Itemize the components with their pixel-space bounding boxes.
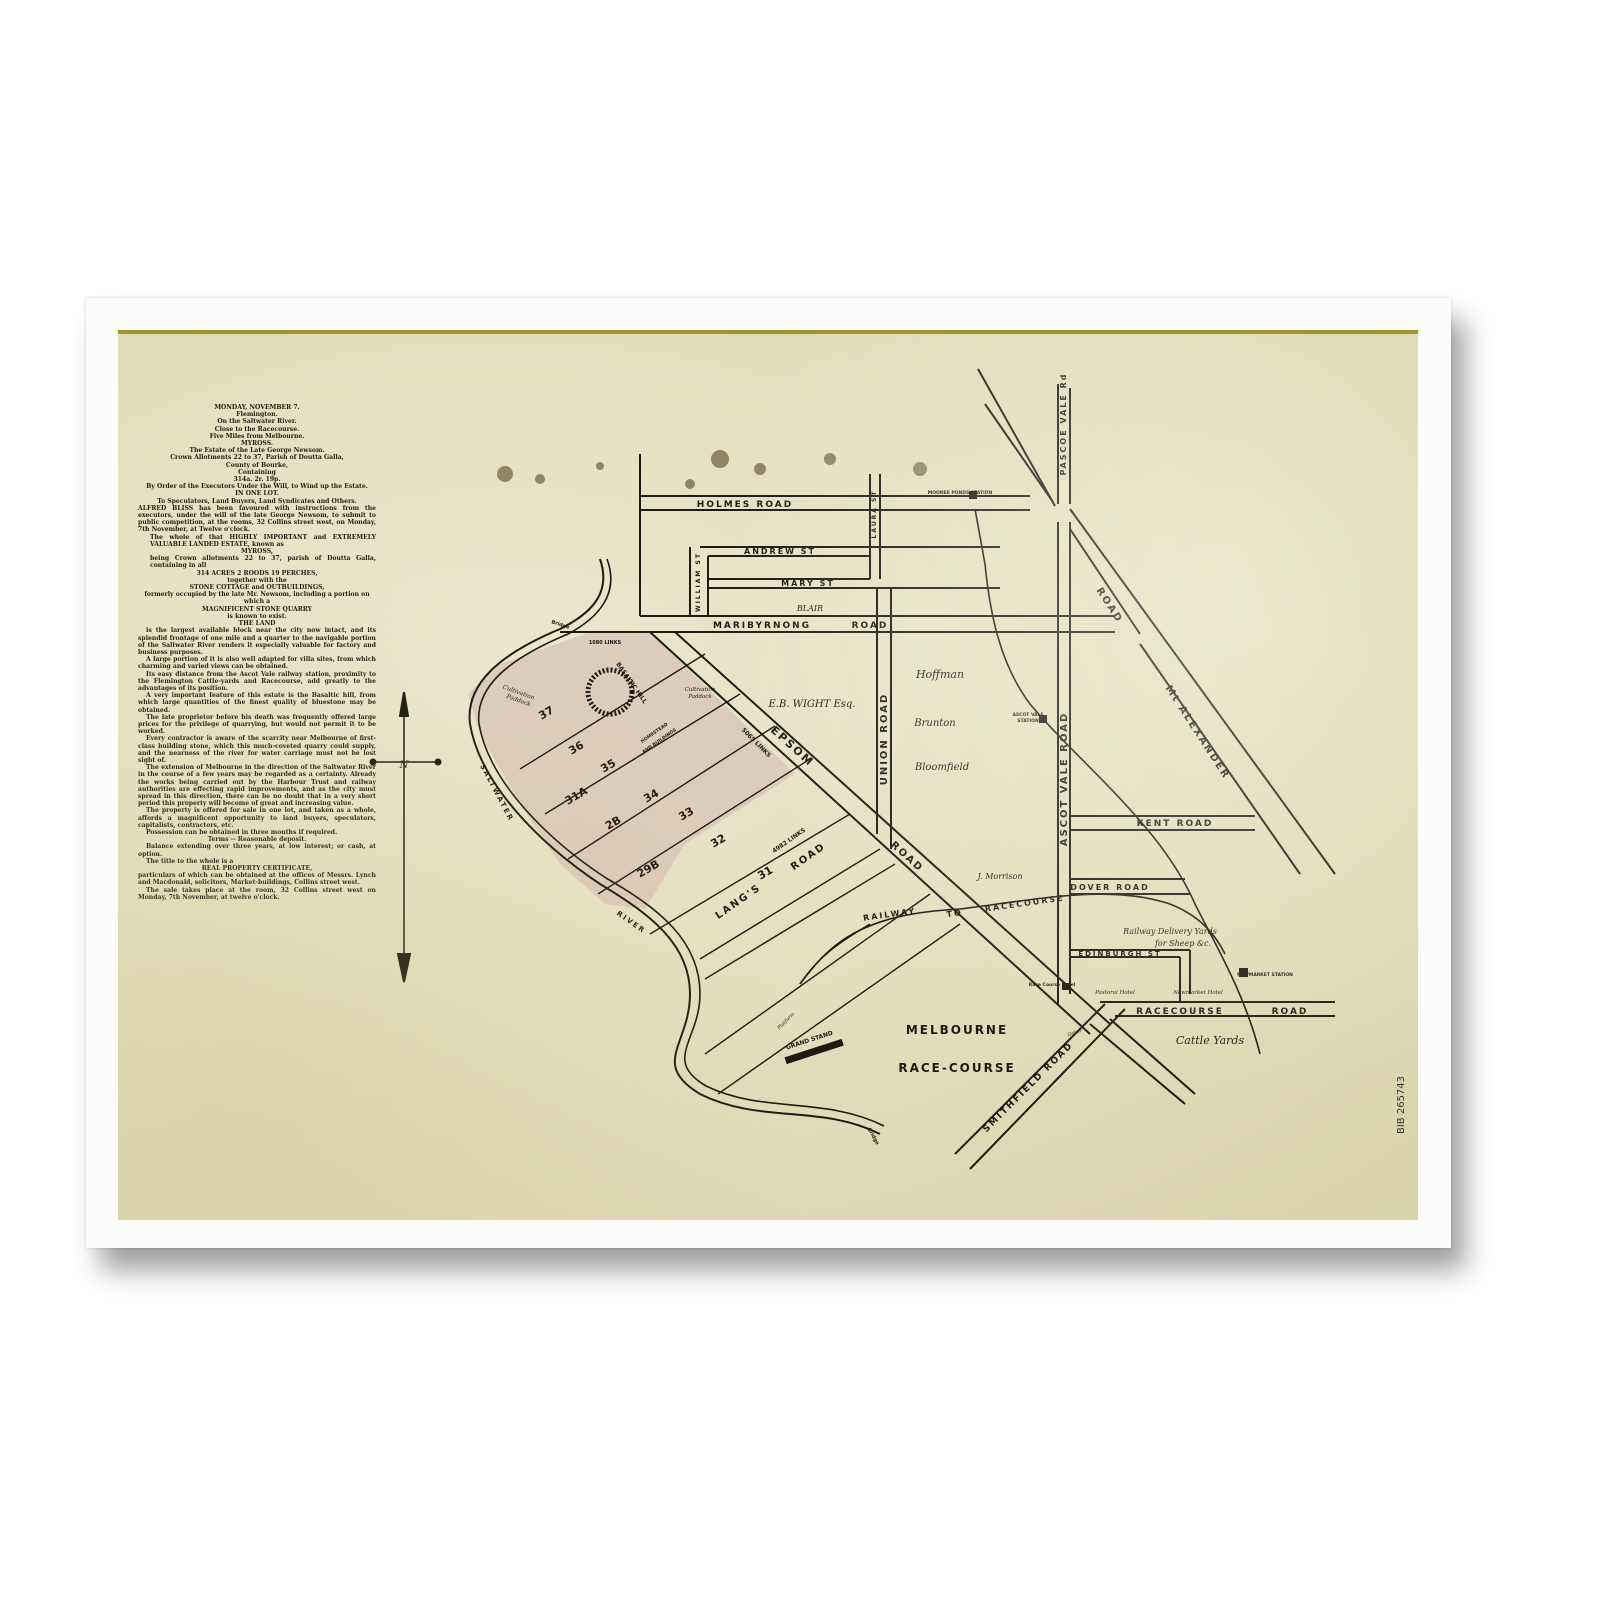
maribyrnong-road-suffix: ROAD: [852, 621, 889, 631]
dover-road-label: DOVER ROAD: [1070, 883, 1149, 892]
pascoe-vale-label: PASCOE VALE Rd: [1059, 372, 1068, 475]
allotment-31: 31: [755, 864, 775, 883]
cultivation-paddock-2b: Paddock: [687, 694, 712, 700]
langs-road-label: LANG'S: [714, 882, 764, 921]
newmarket-hotel-label: Newmarket Hotel: [1172, 990, 1223, 996]
morrison-label: J. Morrison: [976, 872, 1023, 881]
cultivation-paddock-2: Cultivation: [685, 687, 716, 693]
mt-alexander-label: Mt ALEXANDER: [1163, 684, 1232, 782]
holmes-road-label: HOLMES ROAD: [697, 500, 793, 510]
railway-label: RAILWAY: [863, 906, 917, 922]
union-road-label: UNION ROAD: [879, 693, 890, 786]
langs-road-suffix: ROAD: [789, 841, 828, 873]
ascot-vale-station-label: ASCOT VALE: [1012, 712, 1043, 718]
melbourne-label: MELBOURNE: [906, 1023, 1008, 1037]
links-top-label: 1080 LINKS: [589, 640, 622, 646]
blair-label: BLAIR: [796, 604, 823, 613]
kent-road-label: KENT ROAD: [1137, 819, 1214, 829]
delivery-yards-label: Railway Delivery Yards: [1122, 927, 1217, 936]
catalog-number: BIB 265743: [1396, 1076, 1407, 1134]
andrew-st-label: ANDREW ST: [744, 547, 816, 556]
delivery-yards-label-2: for Sheep &c.: [1154, 939, 1211, 948]
bloomfield-label: Bloomfield: [914, 762, 969, 773]
mary-st-label: MARY ST: [781, 579, 835, 588]
allotment-32: 32: [708, 832, 728, 851]
race-course-hotel-label: Race Course Hotel: [1029, 982, 1076, 988]
william-st-label: WILLIAM ST: [695, 552, 702, 612]
maribyrnong-road-label: MARIBYRNONG: [713, 621, 811, 631]
ascot-vale-station-label-2: STATION: [1017, 718, 1039, 724]
race-course-label: RACE-COURSE: [898, 1061, 1015, 1075]
picture-frame: MONDAY, NOVEMBER 7.Flemington.On the Sal…: [86, 298, 1451, 1248]
gates-label: Gates: [1067, 1028, 1083, 1039]
laura-st-label: LAURA ST: [871, 490, 878, 539]
railway-to-label: TO: [946, 908, 963, 919]
cattle-yards-label: Cattle Yards: [1176, 1034, 1245, 1047]
railway-racecourse-label: RACECOURSE: [984, 893, 1065, 913]
map-drawing: HOLMES ROADANDREW STMARY STLAURA STWILLI…: [118, 334, 1418, 1220]
hoffman-label: Hoffman: [915, 668, 964, 681]
map-sheet: MONDAY, NOVEMBER 7.Flemington.On the Sal…: [118, 330, 1418, 1220]
pastoral-hotel-label: Pastoral Hotel: [1094, 990, 1135, 996]
racecourse-road-suffix: ROAD: [1272, 1007, 1309, 1017]
wight-label: E.B. WIGHT Esq.: [768, 699, 856, 710]
edinburgh-st-label: EDINBURGH ST: [1078, 950, 1161, 958]
compass-north-label: N: [399, 760, 410, 771]
epsom-road-suffix: ROAD: [888, 840, 925, 875]
newmarket-station-label: NEWMARKET STATION: [1237, 972, 1293, 978]
ascot-vale-road-label: ASCOT VALE ROAD: [1059, 712, 1070, 847]
brunton-label: Brunton: [913, 718, 956, 729]
myross-estate: [468, 632, 795, 909]
platform-label: Platform: [776, 1011, 797, 1032]
moonee-ponds-label: MOONEE PONDS STATION: [928, 490, 993, 496]
smithfield-road-label: SMITHFIELD ROAD: [981, 1040, 1075, 1134]
bridge-south-label: Bridge: [866, 1127, 881, 1147]
racecourse-road-label: RACECOURSE: [1136, 1007, 1224, 1017]
